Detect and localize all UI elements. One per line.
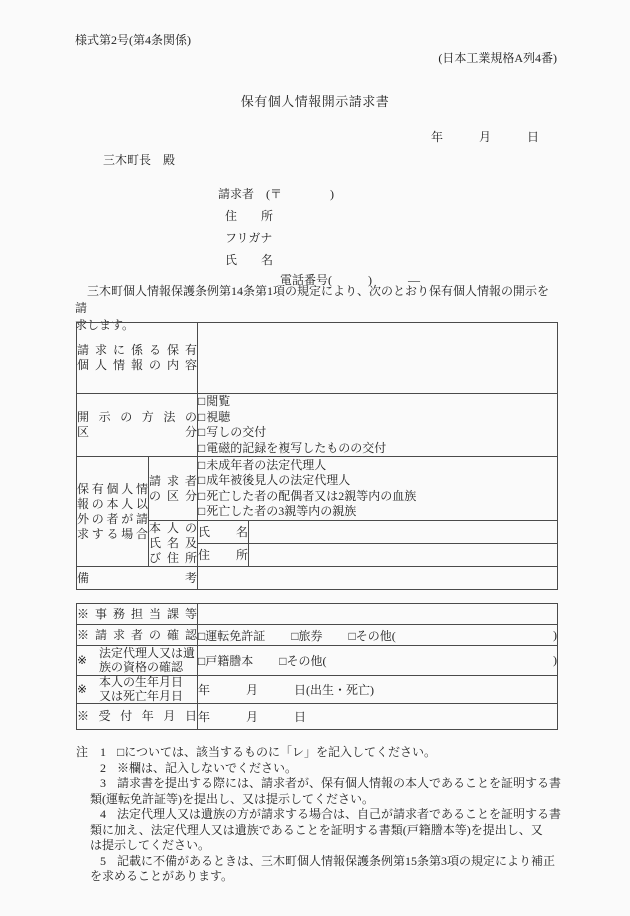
birth-death-date-field: 年 月 日(出生・死亡) <box>198 676 558 704</box>
request-content-header: 請求に係る保有 個人情報の内容 <box>77 323 198 394</box>
reception-date-header: ※受付年月日 <box>77 704 198 730</box>
checkbox-icon: □ <box>198 504 205 518</box>
verification-option: □旅券 <box>291 627 322 644</box>
option-label: その他( <box>287 654 327 668</box>
office-use-mark: ※ <box>77 653 99 668</box>
date-line: 年 月 日 <box>431 128 539 145</box>
office-use-mark: ※ <box>77 682 99 697</box>
option-label: 旅券 <box>299 629 323 643</box>
requester-name-label: 氏 名 <box>225 251 273 268</box>
checkbox-icon: □ <box>198 410 205 424</box>
disclosure-method-header: 開示の方法の 区分 <box>77 394 198 457</box>
option-label: 閲覧 <box>206 394 230 408</box>
note-item: 2 ※欄は、記入しないでください。 <box>76 761 562 777</box>
requester-category-options: □未成年者の法定代理人 □成年被後見人の法定代理人 □死亡した者の配偶者又は2親… <box>198 457 558 521</box>
checkbox-icon: □ <box>198 489 205 503</box>
qualification-option: □戸籍謄本 <box>198 652 253 669</box>
option-label: 電磁的記録を複写したものの交付 <box>206 441 386 455</box>
admin-section-field <box>198 604 558 625</box>
category-option: □死亡した者の3親等内の親族 <box>198 504 557 520</box>
note-text: 類(運転免許証等)を提出し、又は提示してください。 <box>90 792 562 808</box>
principal-name-label: 氏名 <box>198 521 249 544</box>
note-number: 2 <box>100 761 117 777</box>
note-text: 請求書を提出する際には、請求者が、保有個人情報の本人であることを証明する書 <box>117 776 562 792</box>
notes-label: 注 <box>76 745 100 761</box>
principal-address-label: 住所 <box>198 544 249 567</box>
method-option: □視聴 <box>198 410 557 426</box>
checkbox-icon: □ <box>198 458 205 472</box>
checkbox-icon: □ <box>198 441 205 455</box>
remarks-header: 備考 <box>77 567 198 590</box>
disclosure-method-options: □閲覧 □視聴 □写しの交付 □電磁的記録を複写したものの交付 <box>198 394 558 457</box>
intro-line-1: 三木町個人情報保護条例第14条第1項の規定により、次のとおり保有個人情報の開示を… <box>75 283 559 317</box>
notes-section: 注 1 □については、該当するものに「レ」を記入してください。 2 ※欄は、記入… <box>76 745 562 885</box>
option-label: 視聴 <box>206 410 230 424</box>
option-label: 運転免許証 <box>205 629 265 643</box>
form-number: 様式第2号(第4条関係) <box>75 31 191 48</box>
request-content-field <box>198 323 558 394</box>
note-number: 1 <box>100 745 117 761</box>
request-table: 請求に係る保有 個人情報の内容 開示の方法の 区分 □閲覧 □視聴 □写しの交付… <box>76 322 558 590</box>
checkbox-icon: □ <box>198 394 205 408</box>
note-item: 5 記載に不備があるときは、三木町個人情報保護条例第15条第3項の規定により補正… <box>76 854 562 885</box>
form-page: 様式第2号(第4条関係) (日本工業規格A列4番) 保有個人情報開示請求書 年 … <box>0 0 630 916</box>
note-text: ※欄は、記入しないでください。 <box>117 761 562 777</box>
requester-postal-line: 請求者 (〒 ) <box>218 185 334 202</box>
note-text: □については、該当するものに「レ」を記入してください。 <box>117 745 562 761</box>
method-option: □閲覧 <box>198 394 557 410</box>
method-option: □写しの交付 <box>198 425 557 441</box>
category-option: □成年被後見人の法定代理人 <box>198 473 557 489</box>
reception-date-field: 年 月 日 <box>198 704 558 730</box>
jis-standard-note: (日本工業規格A列4番) <box>438 49 557 66</box>
proxy-case-header: 保有個人情 報の本人以 外の者が請 求する場合 <box>77 457 149 567</box>
verification-option: □その他( <box>349 627 396 644</box>
checkbox-icon: □ <box>349 629 356 643</box>
principal-address-field <box>249 544 558 567</box>
option-label: その他( <box>356 629 396 643</box>
principal-name-address-header: 本人の 氏名及 び住所 <box>149 521 198 567</box>
option-label: 写しの交付 <box>206 425 266 439</box>
requester-verification-options: □運転免許証 □旅券 □その他( ) <box>198 625 558 646</box>
requester-category-header: 請求者 の区分 <box>149 457 198 521</box>
option-label: 死亡した者の3親等内の親族 <box>206 504 356 518</box>
requester-address-label: 住 所 <box>225 207 273 224</box>
checkbox-icon: □ <box>198 425 205 439</box>
option-label: 成年被後見人の法定代理人 <box>206 473 350 487</box>
admin-section-header: ※事務担当課等 <box>77 604 198 625</box>
close-paren: ) <box>553 653 557 668</box>
note-text: は提示してください。 <box>90 838 562 854</box>
option-label: 未成年者の法定代理人 <box>206 458 326 472</box>
category-option: □死亡した者の配偶者又は2親等内の血族 <box>198 489 557 505</box>
note-text: 記載に不備があるときは、三木町個人情報保護条例第15条第3項の規定により補正 <box>117 854 562 870</box>
qualification-option: □その他( <box>279 652 326 669</box>
checkbox-icon: □ <box>198 473 205 487</box>
note-item: 注 1 □については、該当するものに「レ」を記入してください。 <box>76 745 562 761</box>
checkbox-icon: □ <box>279 654 286 668</box>
option-label: 戸籍謄本 <box>205 654 253 668</box>
note-item: 4 法定代理人又は遺族の方が請求する場合は、自己が請求者であることを証明する書 … <box>76 807 562 854</box>
checkbox-icon: □ <box>291 629 298 643</box>
proxy-qualification-header: ※ 法定代理人又は遺 族の資格の確認 <box>77 646 198 676</box>
note-text: 法定代理人又は遺族の方が請求する場合は、自己が請求者であることを証明する書 <box>117 807 562 823</box>
note-text: 類に加え、法定代理人又は遺族であることを証明する書類(戸籍謄本等)を提出し、又 <box>90 823 562 839</box>
form-title: 保有個人情報開示請求書 <box>0 91 630 110</box>
note-item: 3 請求書を提出する際には、請求者が、保有個人情報の本人であることを証明する書 … <box>76 776 562 807</box>
category-option: □未成年者の法定代理人 <box>198 458 557 474</box>
requester-verification-header: ※請求者の確認 <box>77 625 198 646</box>
method-option: □電磁的記録を複写したものの交付 <box>198 441 557 457</box>
remarks-field <box>198 567 558 590</box>
addressee: 三木町長 殿 <box>103 151 175 168</box>
requester-furigana-label: フリガナ <box>225 229 272 246</box>
principal-name-field <box>249 521 558 544</box>
close-paren: ) <box>553 628 557 643</box>
note-text: を求めることがあります。 <box>90 869 562 885</box>
proxy-qualification-options: □戸籍謄本 □その他( ) <box>198 646 558 676</box>
office-use-table: ※事務担当課等 ※請求者の確認 □運転免許証 □旅券 □その他( ) ※ <box>76 603 558 730</box>
verification-option: □運転免許証 <box>198 627 265 644</box>
birth-death-date-header: ※ 本人の生年月日 又は死亡年月日 <box>77 676 198 704</box>
option-label: 死亡した者の配偶者又は2親等内の血族 <box>206 489 416 503</box>
